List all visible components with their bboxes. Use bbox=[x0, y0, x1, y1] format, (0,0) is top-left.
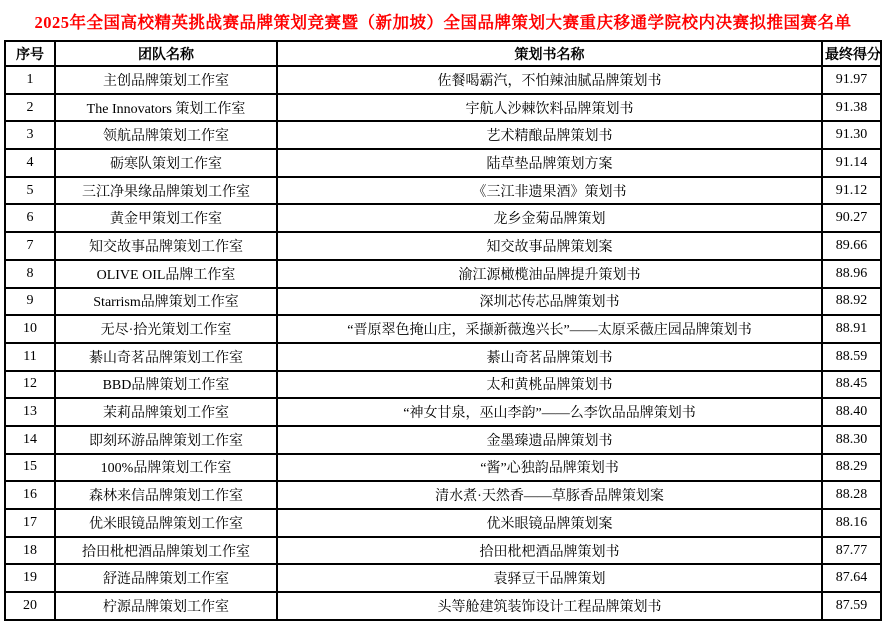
table-row: 15 100%品牌策划工作室 “酱”心独韵品牌策划书 88.29 bbox=[5, 454, 881, 482]
table-row: 5 三江净果缘品牌策划工作室 《三江非遗果酒》策划书 91.12 bbox=[5, 177, 881, 205]
plan-name-cell: “晋原翠色掩山庄，采撷新薇逸兴长”——太原采薇庄园品牌策划书 bbox=[277, 315, 822, 343]
row-index-cell: 10 bbox=[5, 315, 55, 343]
table-row: 20 柠源品牌策划工作室 头等舱建筑装饰设计工程品牌策划书 87.59 bbox=[5, 592, 881, 620]
score-cell: 88.45 bbox=[822, 371, 881, 399]
score-cell: 88.92 bbox=[822, 288, 881, 316]
row-index-cell: 20 bbox=[5, 592, 55, 620]
plan-name-cell: 清水煮·天然香——草豚香品牌策划案 bbox=[277, 481, 822, 509]
team-name-cell: 领航品牌策划工作室 bbox=[55, 121, 277, 149]
table-row: 19 舒涟品牌策划工作室 袁驿豆干品牌策划 87.64 bbox=[5, 564, 881, 592]
table-row: 17 优米眼镜品牌策划工作室 优米眼镜品牌策划案 88.16 bbox=[5, 509, 881, 537]
row-index-cell: 16 bbox=[5, 481, 55, 509]
plan-name-cell: 太和黄桃品牌策划书 bbox=[277, 371, 822, 399]
plan-name-cell: 佐餐喝霸汽，不怕辣油腻品牌策划书 bbox=[277, 66, 822, 94]
table-row: 2 The Innovators 策划工作室 宇航人沙棘饮料品牌策划书 91.3… bbox=[5, 94, 881, 122]
team-name-cell: 茉莉品牌策划工作室 bbox=[55, 398, 277, 426]
row-index-cell: 18 bbox=[5, 537, 55, 565]
team-name-cell: 100%品牌策划工作室 bbox=[55, 454, 277, 482]
score-cell: 88.40 bbox=[822, 398, 881, 426]
team-name-cell: 黄金甲策划工作室 bbox=[55, 204, 277, 232]
team-name-cell: 拾田枇杷酒品牌策划工作室 bbox=[55, 537, 277, 565]
score-cell: 89.66 bbox=[822, 232, 881, 260]
team-name-cell: 綦山奇茗品牌策划工作室 bbox=[55, 343, 277, 371]
team-name-cell: 森林来信品牌策划工作室 bbox=[55, 481, 277, 509]
team-name-cell: 柠源品牌策划工作室 bbox=[55, 592, 277, 620]
row-index-cell: 5 bbox=[5, 177, 55, 205]
team-name-cell: The Innovators 策划工作室 bbox=[55, 94, 277, 122]
table-row: 6 黄金甲策划工作室 龙乡金菊品牌策划 90.27 bbox=[5, 204, 881, 232]
plan-name-cell: “酱”心独韵品牌策划书 bbox=[277, 454, 822, 482]
score-cell: 91.38 bbox=[822, 94, 881, 122]
table-row: 14 即刻环游品牌策划工作室 金墨臻遗品牌策划书 88.30 bbox=[5, 426, 881, 454]
plan-name-cell: 渝江源橄榄油品牌提升策划书 bbox=[277, 260, 822, 288]
table-row: 1 主创品牌策划工作室 佐餐喝霸汽，不怕辣油腻品牌策划书 91.97 bbox=[5, 66, 881, 94]
plan-name-cell: 袁驿豆干品牌策划 bbox=[277, 564, 822, 592]
row-index-cell: 3 bbox=[5, 121, 55, 149]
row-index-cell: 8 bbox=[5, 260, 55, 288]
plan-name-cell: 艺术精酿品牌策划书 bbox=[277, 121, 822, 149]
row-index-cell: 11 bbox=[5, 343, 55, 371]
team-name-cell: BBD品牌策划工作室 bbox=[55, 371, 277, 399]
score-cell: 88.96 bbox=[822, 260, 881, 288]
row-index-cell: 13 bbox=[5, 398, 55, 426]
team-name-cell: 无尽·拾光策划工作室 bbox=[55, 315, 277, 343]
header-final-score: 最终得分 bbox=[822, 41, 881, 66]
team-name-cell: 知交故事品牌策划工作室 bbox=[55, 232, 277, 260]
plan-name-cell: 金墨臻遗品牌策划书 bbox=[277, 426, 822, 454]
plan-name-cell: 优米眼镜品牌策划案 bbox=[277, 509, 822, 537]
row-index-cell: 4 bbox=[5, 149, 55, 177]
row-index-cell: 17 bbox=[5, 509, 55, 537]
table-row: 7 知交故事品牌策划工作室 知交故事品牌策划案 89.66 bbox=[5, 232, 881, 260]
row-index-cell: 19 bbox=[5, 564, 55, 592]
score-cell: 91.12 bbox=[822, 177, 881, 205]
results-table-body: 1 主创品牌策划工作室 佐餐喝霸汽，不怕辣油腻品牌策划书 91.97 2 The… bbox=[5, 66, 881, 620]
table-row: 11 綦山奇茗品牌策划工作室 綦山奇茗品牌策划书 88.59 bbox=[5, 343, 881, 371]
page-title: 2025年全国高校精英挑战赛品牌策划竞赛暨（新加坡）全国品牌策划大赛重庆移通学院… bbox=[4, 0, 882, 40]
row-index-cell: 14 bbox=[5, 426, 55, 454]
plan-name-cell: 龙乡金菊品牌策划 bbox=[277, 204, 822, 232]
row-index-cell: 12 bbox=[5, 371, 55, 399]
team-name-cell: 优米眼镜品牌策划工作室 bbox=[55, 509, 277, 537]
header-team-name: 团队名称 bbox=[55, 41, 277, 66]
table-row: 10 无尽·拾光策划工作室 “晋原翠色掩山庄，采撷新薇逸兴长”——太原采薇庄园品… bbox=[5, 315, 881, 343]
plan-name-cell: 綦山奇茗品牌策划书 bbox=[277, 343, 822, 371]
header-index: 序号 bbox=[5, 41, 55, 66]
score-cell: 87.59 bbox=[822, 592, 881, 620]
team-name-cell: 舒涟品牌策划工作室 bbox=[55, 564, 277, 592]
row-index-cell: 2 bbox=[5, 94, 55, 122]
plan-name-cell: 宇航人沙棘饮料品牌策划书 bbox=[277, 94, 822, 122]
table-row: 12 BBD品牌策划工作室 太和黄桃品牌策划书 88.45 bbox=[5, 371, 881, 399]
plan-name-cell: “神女甘泉，巫山李韵”——么李饮品品牌策划书 bbox=[277, 398, 822, 426]
score-cell: 88.29 bbox=[822, 454, 881, 482]
table-row: 8 OLIVE OIL品牌工作室 渝江源橄榄油品牌提升策划书 88.96 bbox=[5, 260, 881, 288]
score-cell: 91.14 bbox=[822, 149, 881, 177]
score-cell: 88.59 bbox=[822, 343, 881, 371]
table-row: 3 领航品牌策划工作室 艺术精酿品牌策划书 91.30 bbox=[5, 121, 881, 149]
plan-name-cell: 深圳芯传芯品牌策划书 bbox=[277, 288, 822, 316]
plan-name-cell: 头等舱建筑装饰设计工程品牌策划书 bbox=[277, 592, 822, 620]
score-cell: 87.77 bbox=[822, 537, 881, 565]
header-row: 序号 团队名称 策划书名称 最终得分 bbox=[5, 41, 881, 66]
plan-name-cell: 知交故事品牌策划案 bbox=[277, 232, 822, 260]
table-row: 18 拾田枇杷酒品牌策划工作室 拾田枇杷酒品牌策划书 87.77 bbox=[5, 537, 881, 565]
score-cell: 88.30 bbox=[822, 426, 881, 454]
results-table-header: 序号 团队名称 策划书名称 最终得分 bbox=[5, 41, 881, 66]
score-cell: 88.16 bbox=[822, 509, 881, 537]
score-cell: 88.28 bbox=[822, 481, 881, 509]
results-table: 序号 团队名称 策划书名称 最终得分 1 主创品牌策划工作室 佐餐喝霸汽，不怕辣… bbox=[4, 40, 882, 621]
table-row: 16 森林来信品牌策划工作室 清水煮·天然香——草豚香品牌策划案 88.28 bbox=[5, 481, 881, 509]
team-name-cell: 主创品牌策划工作室 bbox=[55, 66, 277, 94]
table-row: 13 茉莉品牌策划工作室 “神女甘泉，巫山李韵”——么李饮品品牌策划书 88.4… bbox=[5, 398, 881, 426]
team-name-cell: Starrism品牌策划工作室 bbox=[55, 288, 277, 316]
team-name-cell: 三江净果缘品牌策划工作室 bbox=[55, 177, 277, 205]
score-cell: 91.30 bbox=[822, 121, 881, 149]
plan-name-cell: 《三江非遗果酒》策划书 bbox=[277, 177, 822, 205]
plan-name-cell: 陆草垫品牌策划方案 bbox=[277, 149, 822, 177]
row-index-cell: 9 bbox=[5, 288, 55, 316]
team-name-cell: OLIVE OIL品牌工作室 bbox=[55, 260, 277, 288]
team-name-cell: 即刻环游品牌策划工作室 bbox=[55, 426, 277, 454]
plan-name-cell: 拾田枇杷酒品牌策划书 bbox=[277, 537, 822, 565]
row-index-cell: 6 bbox=[5, 204, 55, 232]
team-name-cell: 砺寒队策划工作室 bbox=[55, 149, 277, 177]
score-cell: 88.91 bbox=[822, 315, 881, 343]
header-plan-name: 策划书名称 bbox=[277, 41, 822, 66]
table-row: 4 砺寒队策划工作室 陆草垫品牌策划方案 91.14 bbox=[5, 149, 881, 177]
score-cell: 87.64 bbox=[822, 564, 881, 592]
table-row: 9 Starrism品牌策划工作室 深圳芯传芯品牌策划书 88.92 bbox=[5, 288, 881, 316]
score-cell: 90.27 bbox=[822, 204, 881, 232]
row-index-cell: 7 bbox=[5, 232, 55, 260]
score-cell: 91.97 bbox=[822, 66, 881, 94]
row-index-cell: 15 bbox=[5, 454, 55, 482]
row-index-cell: 1 bbox=[5, 66, 55, 94]
